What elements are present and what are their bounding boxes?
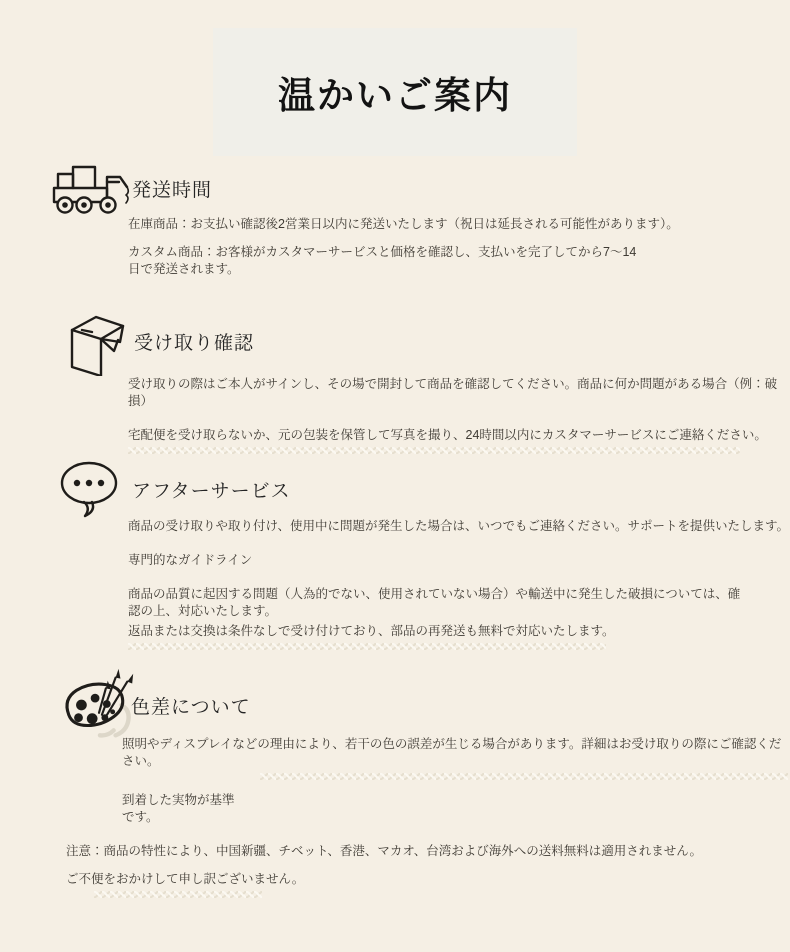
palette-icon [55,664,143,746]
footer-notes: 注意：商品の特性により、中国新疆、チベット、香港、マカオ、台湾および海外への送料… [66,843,702,910]
paragraph: 受け取りの際はご本人がサインし、その場で開封して商品を確認してください。商品に何… [128,376,790,410]
open-box-icon [58,306,130,376]
section-color-difference: 色差について 照明やディスプレイなどの理由により、若干の色の誤差が生じる場合があ… [0,664,790,837]
squiggle-underline [260,773,788,780]
note-shipping-restriction: 注意：商品の特性により、中国新疆、チベット、香港、マカオ、台湾および海外への送料… [66,843,702,860]
squiggle-underline [94,891,262,898]
section-after-service: アフターサービス 商品の受け取りや取り付け、使用中に問題が発生した場合は、いつで… [0,458,790,662]
paragraph: 返品または交換は条件なしで受け付けており、部品の再発送も無料で対応いたします。 [128,623,790,640]
section-shipping-time: 発送時間 在庫商品：お支払い確認後2営業日以内に発送いたします（祝日は延長される… [0,158,790,289]
section-heading-receipt: 受け取り確認 [134,328,254,355]
paragraph: 宅配便を受け取らないか、元の包装を保管して写真を撮り、24時間以内にカスタマーサ… [128,427,790,444]
paragraph: 商品の受け取りや取り付け、使用中に問題が発生した場合は、いつでもご連絡ください。… [128,518,790,535]
paragraph: 到着した実物が基準 です。 [122,792,790,826]
page-title: 温かいご案内 [278,65,512,119]
title-block: 温かいご案内 [213,28,577,156]
speech-bubble-icon [56,458,126,520]
section-heading-shipping: 発送時間 [132,175,212,202]
section-heading-after-service: アフターサービス [132,476,291,503]
note-apology: ご不便をおかけして申し訳ございません。 [66,871,702,888]
paragraph: カスタム商品：お客様がカスタマーサービスと価格を確認し、支払いを完了してから7〜… [128,244,790,278]
paragraph: 商品の品質に起因する問題（人為的でない、使用されていない場合）や輸送中に発生した… [128,586,790,620]
squiggle-underline [128,447,740,454]
section-receipt-confirmation: 受け取り確認 受け取りの際はご本人がサインし、その場で開封して商品を確認してくだ… [0,306,790,466]
truck-icon [48,158,132,218]
section-heading-color: 色差について [131,692,251,719]
squiggle-underline [128,643,606,650]
warm-notice-page: 温かいご案内 発送時間 [0,0,790,952]
paragraph: 在庫商品：お支払い確認後2営業日以内に発送いたします（祝日は延長される可能性があ… [128,216,790,233]
paragraph: 専門的なガイドライン [128,552,790,569]
paragraph: 照明やディスプレイなどの理由により、若干の色の誤差が生じる場合があります。詳細は… [122,736,790,770]
